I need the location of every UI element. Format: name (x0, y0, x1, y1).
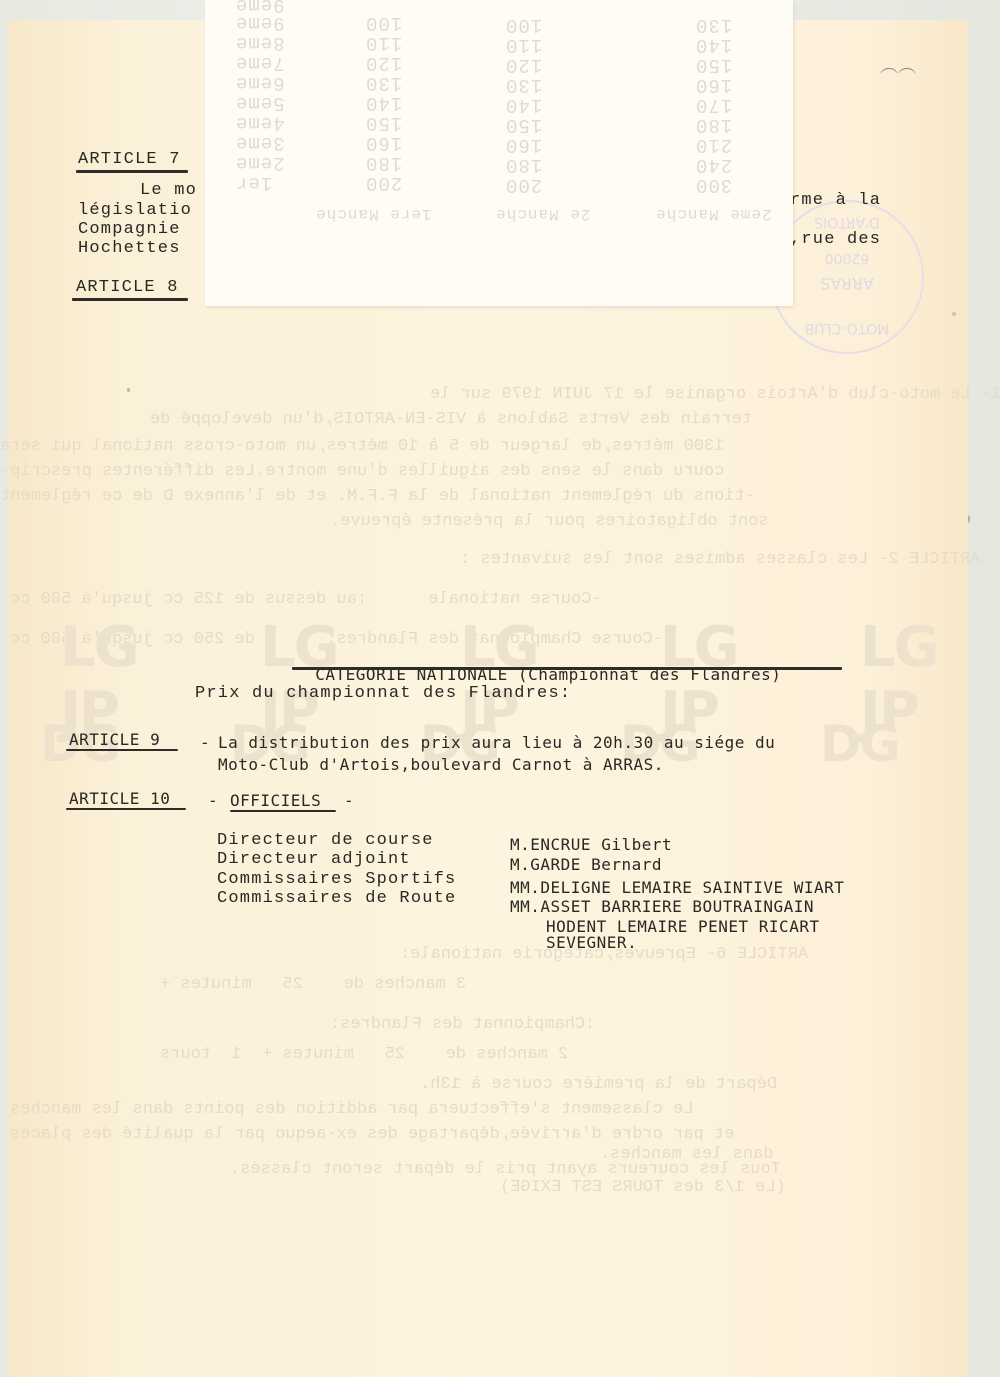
officiels-title: OFFICIELS (230, 791, 321, 810)
heading-underline (72, 298, 188, 301)
official-names: M.ENCRUE Gilbert (510, 835, 672, 854)
overlay-cell: 140 (695, 34, 732, 56)
overlay-cell: 200 (505, 174, 542, 196)
overlay-cell: 3eme (235, 132, 285, 154)
overlay-cell: 150 (505, 114, 542, 136)
overlay-cell: 140 (505, 94, 542, 116)
overlay-cell: 110 (505, 34, 542, 56)
overlay-cell: 110 (365, 32, 402, 54)
overlay-label: 2eme Manche (655, 205, 772, 223)
paper-speck (968, 515, 970, 523)
overlay-cell: 180 (365, 152, 402, 174)
overlay-label: 1ere Manche (315, 205, 432, 223)
article-7-fragment: ,rue des (790, 230, 881, 249)
article-7-heading: ARTICLE 7 (78, 150, 181, 169)
article-9-dash: - (200, 733, 210, 752)
article-10-dash: - (208, 791, 218, 810)
overlay-cell: 1er (235, 172, 272, 194)
article-7-line: législatio (78, 201, 192, 220)
overlay-cell: 2eme (235, 152, 285, 174)
official-names: MM.DELIGNE LEMAIRE SAINTIVE WIART (510, 878, 844, 897)
overlay-cell: 150 (365, 112, 402, 134)
heading-underline (292, 667, 842, 670)
overlay-cell: 240 (695, 154, 732, 176)
overlay-cell: 7eme (235, 52, 285, 74)
overlay-cell: 300 (695, 174, 732, 196)
article-7-line: Hochettes (78, 239, 181, 258)
staple-mark-icon: ︵︵ (880, 52, 916, 78)
article-7-line: Le mo (140, 181, 197, 200)
officiels-trail: - (344, 791, 354, 810)
overlay-cell: 8eme (235, 32, 285, 54)
article-8-heading: ARTICLE 8 (76, 278, 179, 297)
club-stamp: MOTO-CLUB ARRAS 62000 D'ARTOIS (770, 200, 924, 354)
overlay-sheet: 9eme 9eme 8eme 7eme 6eme 5eme 4eme 3eme … (205, 0, 793, 306)
overlay-cell: 5eme (235, 92, 285, 114)
official-names-continued: SEVEGNER. (546, 933, 637, 952)
official-role: Directeur adjoint (217, 850, 411, 869)
overlay-label: 2e Manche (495, 205, 590, 223)
overlay-cell: 130 (365, 72, 402, 94)
official-names: MM.ASSET BARRIERE BOUTRAINGAIN (510, 897, 814, 916)
heading-underline (230, 810, 336, 812)
overlay-cell: 210 (695, 134, 732, 156)
categorie-heading: CATEGORIE NATIONALE (Championnat des Fla… (295, 646, 781, 684)
official-names: M.GARDE Bernard (510, 855, 662, 874)
overlay-cell: 160 (695, 74, 732, 96)
article-7-line: Compagnie (78, 220, 181, 239)
prix-label: Prix du championnat des Flandres: (195, 684, 571, 703)
overlay-cell: 100 (365, 12, 402, 34)
article-9-line: La distribution des prix aura lieu à 20h… (218, 733, 775, 752)
heading-underline (66, 808, 186, 810)
paper-speck (127, 388, 130, 392)
overlay-cell: 4eme (235, 112, 285, 134)
official-role: Commissaires de Route (217, 889, 456, 908)
article-9-line: Moto-Club d'Artois,boulevard Carnot à AR… (218, 755, 664, 774)
heading-underline (66, 749, 178, 751)
overlay-cell: 200 (365, 172, 402, 194)
paper-speck (952, 312, 956, 316)
article-10-heading: ARTICLE 10 (69, 789, 170, 808)
overlay-cell: 140 (365, 92, 402, 114)
article-9-heading: ARTICLE 9 (69, 730, 160, 749)
overlay-cell: 160 (365, 132, 402, 154)
article-7-fragment: rme à la (790, 191, 881, 210)
overlay-cell: 6eme (235, 72, 285, 94)
overlay-cell: 120 (365, 52, 402, 74)
overlay-cell: 160 (505, 134, 542, 156)
overlay-cell: 130 (505, 74, 542, 96)
overlay-cell: 180 (505, 154, 542, 176)
overlay-cell: 100 (505, 14, 542, 36)
overlay-cell: 180 (695, 114, 732, 136)
official-role: Directeur de course (217, 831, 434, 850)
overlay-cell: 120 (505, 54, 542, 76)
overlay-cell: 130 (695, 14, 732, 36)
overlay-cell: 150 (695, 54, 732, 76)
official-role: Commissaires Sportifs (217, 870, 456, 889)
overlay-cell: 170 (695, 94, 732, 116)
overlay-cell: 9eme (235, 12, 285, 34)
heading-underline (76, 170, 188, 173)
